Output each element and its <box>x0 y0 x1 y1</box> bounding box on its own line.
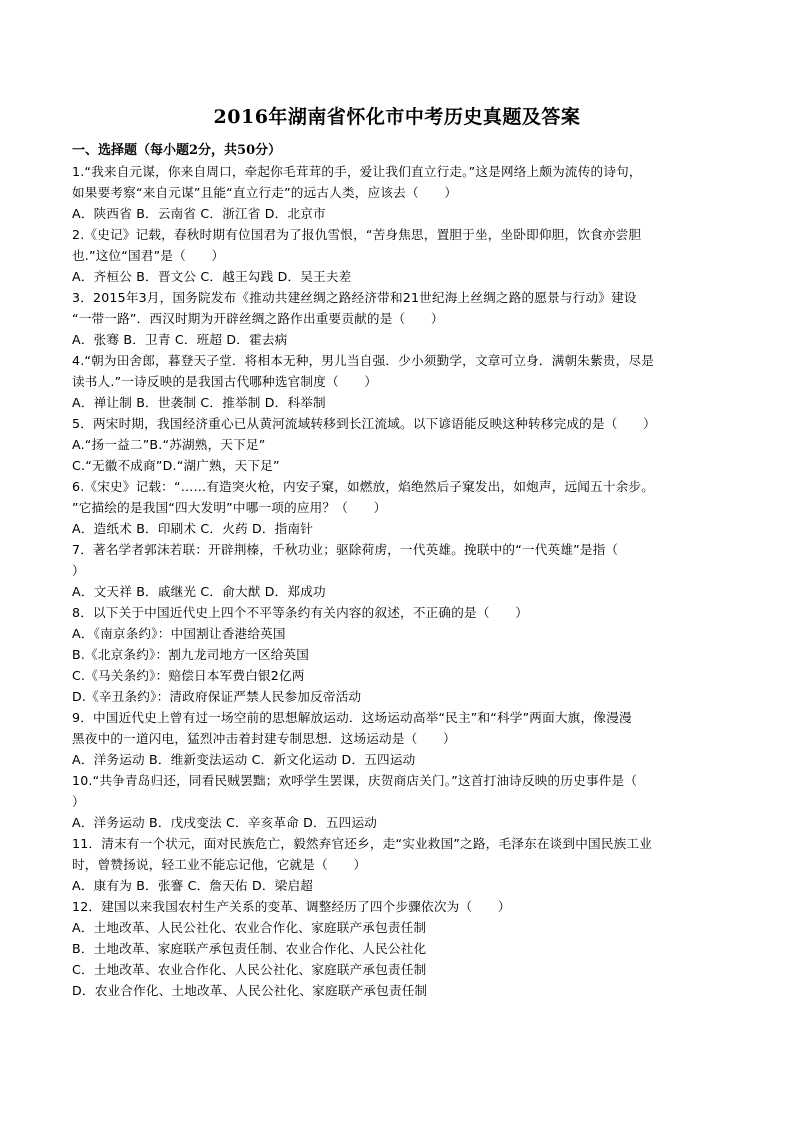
text-line: 8．以下关于中国近代史上四个不平等条约有关内容的叙述，不正确的是（ ） <box>72 602 722 623</box>
text-line: 11．清末有一个状元，面对民族危亡，毅然弃官还乡，走“实业救国”之路，毛泽东在谈… <box>72 833 722 854</box>
text-line: 9．中国近代史上曾有过一场空前的思想解放运动．这场运动高举“民主”和“科学”两面… <box>72 707 722 728</box>
document-title: 2016年湖南省怀化市中考历史真题及答案 <box>0 104 794 130</box>
answer-option: D.《辛丑条约》：清政府保证严禁人民参加反帝活动 <box>72 686 722 707</box>
answer-options: A．齐桓公 B．晋文公 C．越王勾践 D．吴王夫差 <box>72 266 722 287</box>
text-line: ”它描绘的是我国“四大发明”中哪一项的应用？（ ） <box>72 497 722 518</box>
answer-options: A．造纸术 B．印刷术 C．火药 D．指南针 <box>72 518 722 539</box>
text-line: “一带一路”．西汉时期为开辟丝绸之路作出重要贡献的是（ ） <box>72 308 722 329</box>
answer-options: A．洋务运动 B．维新变法运动 C．新文化运动 D．五四运动 <box>72 749 722 770</box>
document-page: 2016年湖南省怀化市中考历史真题及答案 一、选择题（每小题2分，共50分） 1… <box>0 0 794 1123</box>
text-line: 黑夜中的一道闪电，猛烈冲击着封建专制思想．这场运动是（ ） <box>72 728 722 749</box>
text-line: 5．两宋时期，我国经济重心已从黄河流域转移到长江流域。以下谚语能反映这种转移完成… <box>72 413 722 434</box>
answer-options: A．康有为 B．张謇 C．詹天佑 D．梁启超 <box>72 875 722 896</box>
answer-option: D．农业合作化、土地改革、人民公社化、家庭联产承包责任制 <box>72 980 722 1001</box>
text-line: ） <box>72 791 722 812</box>
text-line: ） <box>72 560 722 581</box>
text-line: 10.“共争青岛归还，同看民贼罢黜；欢呼学生罢课，庆贺商店关门。”这首打油诗反映… <box>72 770 722 791</box>
text-line: 读书人.”一诗反映的是我国古代哪种选官制度（ ） <box>72 371 722 392</box>
answer-option: C.《马关条约》：赔偿日本军费白银2亿两 <box>72 665 722 686</box>
answer-options: A．文天祥 B．戚继光 C．俞大猷 D．郑成功 <box>72 581 722 602</box>
answer-option: A．土地改革、人民公社化、农业合作化、家庭联产承包责任制 <box>72 917 722 938</box>
text-line: 时，曾赞扬说，轻工业不能忘记他，它就是（ ） <box>72 854 722 875</box>
text-line: 2.《史记》记载，春秋时期有位国君为了报仇雪恨，“苦身焦思，置胆于坐，坐卧即仰胆… <box>72 224 722 245</box>
answer-options: C.“无徽不成商”D.“湖广熟，天下足” <box>72 455 722 476</box>
answer-option: A．《南京条约》：中国割让香港给英国 <box>72 623 722 644</box>
text-line: 如果要考察“来自元谋”且能“直立行走”的远古人类，应该去（ ） <box>72 182 722 203</box>
text-line: 6.《宋史》记载：“……有造突火枪，内安子窠，如燃放，焰绝然后子窠发出，如炮声，… <box>72 476 722 497</box>
answer-option: B.《北京条约》：割九龙司地方一区给英国 <box>72 644 722 665</box>
text-line: 4.“朝为田舍郎，暮登天子堂．将相本无种，男儿当自强．少小须勤学，文章可立身．满… <box>72 350 722 371</box>
text-line: 7．著名学者郭沫若联：开辟荆榛，千秋功业；驱除荷虏，一代英雄。挽联中的“一代英雄… <box>72 539 722 560</box>
text-line: 3．2015年3月，国务院发布《推动共建丝绸之路经济带和21世纪海上丝绸之路的愿… <box>72 287 722 308</box>
answer-option: C．土地改革、农业合作化、人民公社化、家庭联产承包责任制 <box>72 959 722 980</box>
answer-options: A．禅让制 B．世袭制 C．推举制 D．科举制 <box>72 392 722 413</box>
text-line: 也.”这位“国君”是（ ） <box>72 245 722 266</box>
answer-options: A．张骞 B．卫青 C．班超 D．霍去病 <box>72 329 722 350</box>
text-line: 1.“我来自元谋，你来自周口，牵起你毛茸茸的手，爱让我们直立行走。”这是网络上颇… <box>72 161 722 182</box>
answer-options: A.“扬一益二”B.“苏湖熟，天下足” <box>72 434 722 455</box>
answer-options: A．陕西省 B．云南省 C．浙江省 D．北京市 <box>72 203 722 224</box>
answer-option: B．土地改革、家庭联产承包责任制、农业合作化、人民公社化 <box>72 938 722 959</box>
text-line: 12．建国以来我国农村生产关系的变革、调整经历了四个步骤依次为（ ） <box>72 896 722 917</box>
section-heading: 一、选择题（每小题2分，共50分） <box>72 140 722 161</box>
document-body: 一、选择题（每小题2分，共50分） 1.“我来自元谋，你来自周口，牵起你毛茸茸的… <box>72 140 722 1001</box>
answer-options: A．洋务运动 B．戊戌变法 C．辛亥革命 D．五四运动 <box>72 812 722 833</box>
